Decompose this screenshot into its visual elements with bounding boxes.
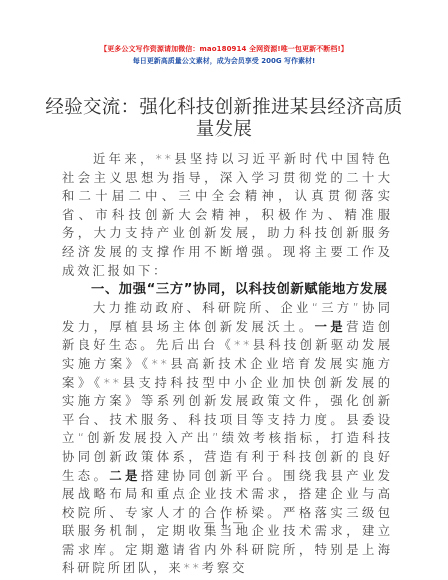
section-1-paragraph: 大力推动政府、科研院所、企业“三方”协同发力，厚植县场主体创新发展沃土。一是营造… <box>62 299 393 578</box>
promo-banner-red: 【更多公文写作资源请加微信：mao180914 全网资源!唯一包更新不断档!】 <box>0 44 448 54</box>
page-number: — 1 — <box>0 516 448 529</box>
bold-marker-first: 一是 <box>315 320 347 334</box>
paragraph-mid-text: 营造创新良好生态。先后出台《**县科技创新驱动发展实施方案》《**县高新技术企业… <box>62 320 393 483</box>
document-body: 近年来，**县坚持以习近平新时代中国特色社会主义思想为指导，深入学习贯彻党的二十… <box>62 150 393 578</box>
document-page: 【更多公文写作资源请加微信：mao180914 全网资源!唯一包更新不断档!】 … <box>0 0 448 580</box>
bold-marker-second: 二是 <box>109 469 141 483</box>
promo-banner-blue: 每日更新高质量公文素材，成为会员享受 200G 写作素材! <box>0 56 448 66</box>
section-heading-1: 一、加强“三方”协同，以科技创新赋能地方发展 <box>62 280 393 299</box>
intro-paragraph: 近年来，**县坚持以习近平新时代中国特色社会主义思想为指导，深入学习贯彻党的二十… <box>62 150 393 280</box>
document-title: 经验交流：强化科技创新推进某县经济高质量发展 <box>44 97 404 141</box>
